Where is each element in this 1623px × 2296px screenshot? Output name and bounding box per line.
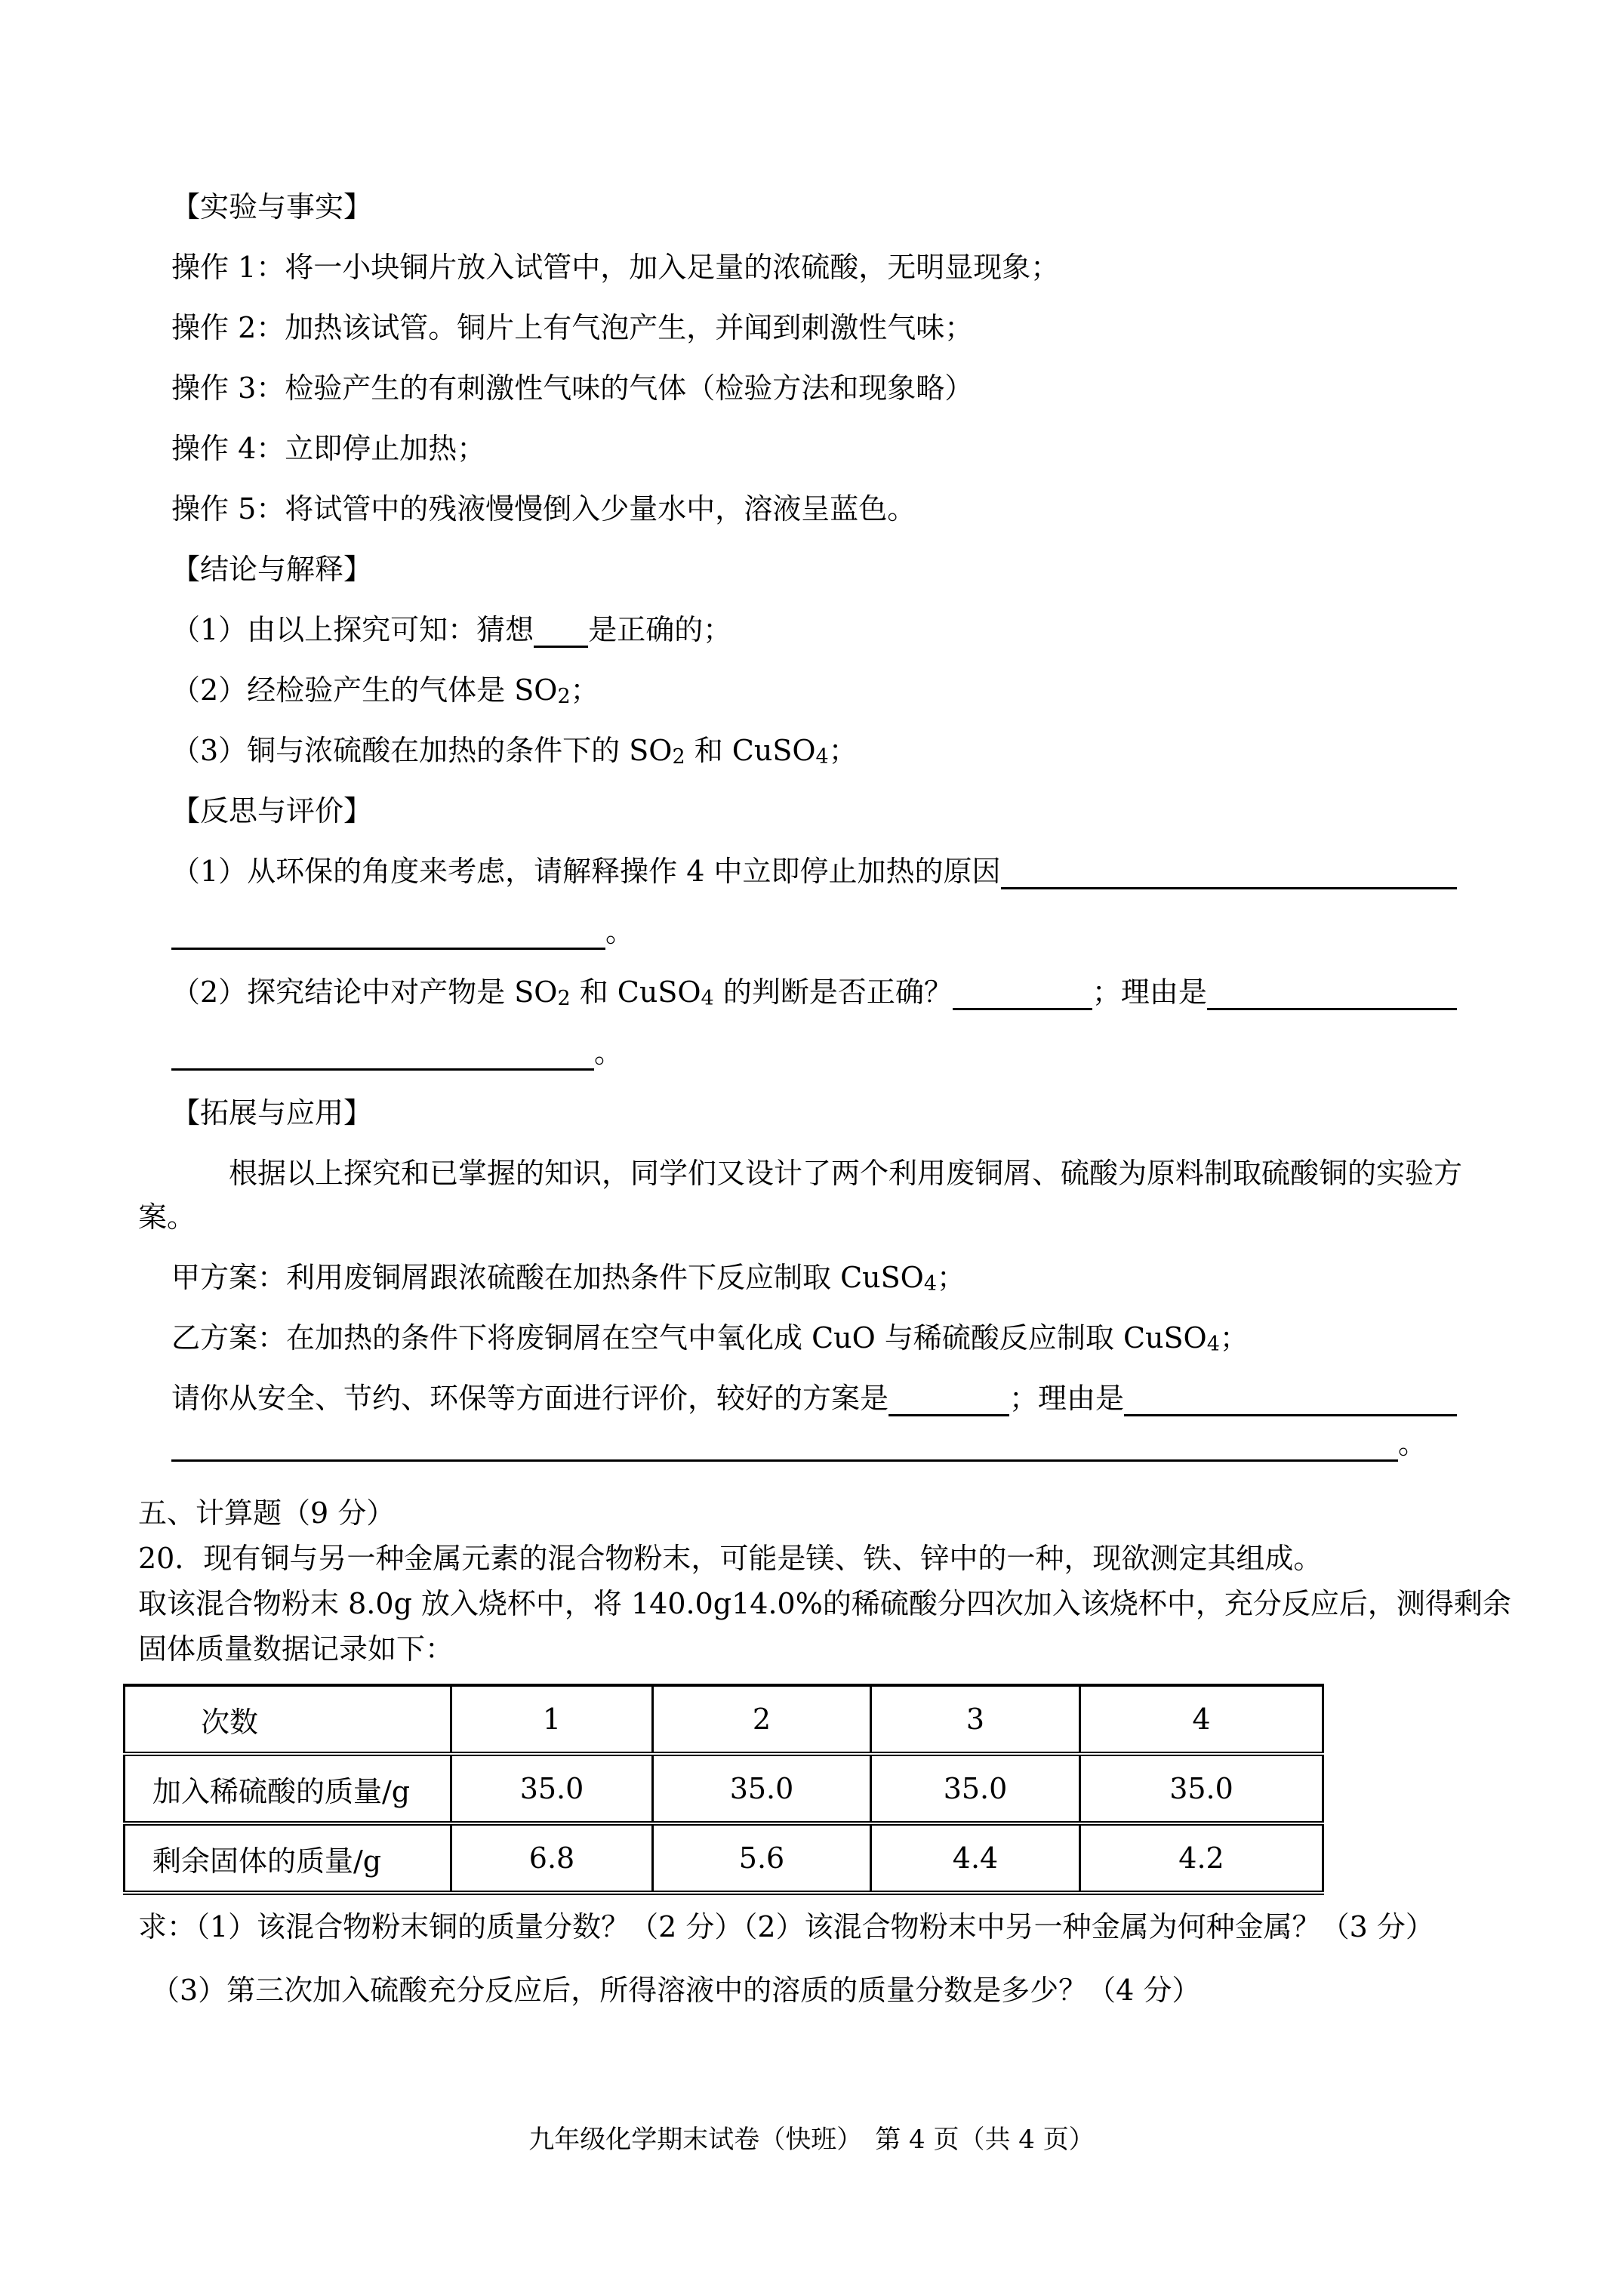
line-q20-table-note: 固体质量数据记录如下： (138, 1631, 1457, 1667)
cell-value: 5.6 (653, 1823, 871, 1893)
table-header-col-2: 2 (653, 1685, 871, 1754)
text-run: （1）由以上探究可知：猜想 (171, 612, 534, 648)
line-reflection-1: （1）从环保的角度来考虑，请解释操作 4 中立即停止加热的原因 (171, 853, 1457, 889)
page-footer: 九年级化学期末试卷（快班） 第 4 页（共 4 页） (0, 2123, 1623, 2156)
subscript: 4 (701, 988, 714, 1010)
cell-value: 35.0 (451, 1754, 653, 1823)
line-q20-intro: 20．现有铜与另一种金属元素的混合物粉末，可能是镁、铁、锌中的一种，现欲测定其组… (138, 1540, 1457, 1576)
line-reflection-2: （2）探究结论中对产物是 SO2 和 CuSO4 的判断是否正确？；理由是 (171, 974, 1457, 1010)
text-run: 是正确的； (588, 612, 731, 648)
table-row-solid-remaining: 剩余固体的质量/g 6.8 5.6 4.4 4.2 (125, 1823, 1323, 1893)
table-row-acid-added: 加入稀硫酸的质量/g 35.0 35.0 35.0 35.0 (125, 1754, 1323, 1823)
answer-blank (1207, 974, 1457, 1010)
text-run: 20．现有铜与另一种金属元素的混合物粉末，可能是镁、铁、锌中的一种，现欲测定其组… (138, 1540, 1322, 1576)
line-head-experiment: 【实验与事实】 (171, 189, 1457, 225)
text-run: 【结论与解释】 (171, 551, 372, 587)
text-run: 【实验与事实】 (171, 189, 372, 225)
table-header-label: 次数 (125, 1685, 451, 1754)
cell-value: 35.0 (653, 1754, 871, 1823)
text-run: （1）从环保的角度来考虑，请解释操作 4 中立即停止加热的原因 (171, 853, 1001, 889)
text-run: ； (937, 1259, 965, 1296)
line-evaluation: 请你从安全、节约、环保等方面进行评价，较好的方案是；理由是 (171, 1380, 1457, 1416)
subscript: 4 (816, 746, 829, 769)
line-reflection-1-cont: 。 (171, 914, 1457, 950)
text-run: （2）经检验产生的气体是 SO (171, 672, 557, 708)
text-run: 根据以上探究和已掌握的知识，同学们又设计了两个利用废铜屑、硫酸为原料制取硫酸铜的… (229, 1155, 1462, 1191)
subscript: 2 (557, 686, 570, 708)
line-q20-ask-1: 求：（1）该混合物粉末铜的质量分数？（2 分）（2）该混合物粉末中另一种金属为何… (138, 1909, 1457, 1945)
line-reflection-2-cont: 。 (171, 1034, 1457, 1071)
text-run: 五、计算题（9 分） (138, 1495, 395, 1531)
line-op-4: 操作 4：立即停止加热； (171, 430, 1457, 467)
line-conclusion-2: （2）经检验产生的气体是 SO2； (171, 672, 1457, 708)
table-header-col-3: 3 (871, 1685, 1080, 1754)
line-op-1: 操作 1：将一小块铜片放入试管中，加入足量的浓硫酸，无明显现象； (171, 249, 1457, 285)
line-extension-intro-cont: 案。 (138, 1199, 1457, 1235)
text-run: 案。 (138, 1199, 196, 1235)
text-run: 。 (605, 914, 634, 950)
line-op-5: 操作 5：将试管中的残液慢慢倒入少量水中，溶液呈蓝色。 (171, 491, 1457, 527)
cell-value: 4.2 (1080, 1823, 1323, 1893)
text-run: ； (571, 672, 599, 708)
text-run: 操作 5：将试管中的残液慢慢倒入少量水中，溶液呈蓝色。 (171, 491, 916, 527)
text-run: ；理由是 (1009, 1380, 1124, 1416)
text-run: 的判断是否正确？ (714, 974, 953, 1010)
text-run: （3）第三次加入硫酸充分反应后，所得溶液中的溶质的质量分数是多少？（4 分） (151, 1972, 1200, 2008)
answer-blank (171, 914, 605, 950)
line-q20-ask-2: （3）第三次加入硫酸充分反应后，所得溶液中的溶质的质量分数是多少？（4 分） (151, 1972, 1457, 2008)
line-head-reflection: 【反思与评价】 (171, 793, 1457, 829)
table-header-col-1: 1 (451, 1685, 653, 1754)
answer-blank (1124, 1380, 1457, 1416)
q20-data-table: 次数 1 2 3 4 加入稀硫酸的质量/g 35.0 35.0 35.0 35.… (123, 1684, 1324, 1895)
answer-blank (171, 1425, 1398, 1462)
text-run: 操作 2：加热该试管。铜片上有气泡产生，并闻到刺激性气味； (171, 310, 973, 346)
text-run: 求：（1）该混合物粉末铜的质量分数？（2 分）（2）该混合物粉末中另一种金属为何… (138, 1909, 1434, 1945)
text-run: 【拓展与应用】 (171, 1095, 372, 1131)
line-op-2: 操作 2：加热该试管。铜片上有气泡产生，并闻到刺激性气味； (171, 310, 1457, 346)
answer-blank (1001, 853, 1457, 889)
line-section-5-title: 五、计算题（9 分） (138, 1495, 1457, 1531)
cell-value: 6.8 (451, 1823, 653, 1893)
table-header-row: 次数 1 2 3 4 (125, 1685, 1323, 1754)
text-run: 操作 3：检验产生的有刺激性气味的气体（检验方法和现象略） (171, 370, 973, 406)
text-run: 固体质量数据记录如下： (138, 1631, 454, 1667)
subscript: 4 (1207, 1333, 1220, 1356)
table-header-col-4: 4 (1080, 1685, 1323, 1754)
line-conclusion-3: （3）铜与浓硫酸在加热的条件下的 SO2 和 CuSO4； (171, 732, 1457, 769)
text-run: 请你从安全、节约、环保等方面进行评价，较好的方案是 (171, 1380, 888, 1416)
row-label: 剩余固体的质量/g (125, 1823, 451, 1893)
subscript: 4 (924, 1273, 937, 1296)
answer-blank (953, 974, 1092, 1010)
text-run: 。 (1398, 1425, 1427, 1462)
line-op-3: 操作 3：检验产生的有刺激性气味的气体（检验方法和现象略） (171, 370, 1457, 406)
line-head-conclusion: 【结论与解释】 (171, 551, 1457, 587)
text-run: 取该混合物粉末 8.0g 放入烧杯中，将 140.0g14.0%的稀硫酸分四次加… (138, 1586, 1511, 1622)
line-evaluation-cont: 。 (171, 1425, 1427, 1462)
line-conclusion-1: （1）由以上探究可知：猜想是正确的； (171, 612, 1457, 648)
text-run: 和 CuSO (685, 732, 816, 769)
text-run: 【反思与评价】 (171, 793, 372, 829)
text-run: ；理由是 (1092, 974, 1207, 1010)
line-plan-jia: 甲方案：利用废铜屑跟浓硫酸在加热条件下反应制取 CuSO4； (171, 1259, 1457, 1296)
text-run: 操作 1：将一小块铜片放入试管中，加入足量的浓硫酸，无明显现象； (171, 249, 1059, 285)
row-label: 加入稀硫酸的质量/g (125, 1754, 451, 1823)
text-run: 和 CuSO (571, 974, 701, 1010)
text-run: ； (829, 732, 858, 769)
cell-value: 35.0 (871, 1754, 1080, 1823)
text-run: 乙方案：在加热的条件下将废铜屑在空气中氧化成 CuO 与稀硫酸反应制取 CuSO (171, 1320, 1207, 1356)
text-run: （3）铜与浓硫酸在加热的条件下的 SO (171, 732, 672, 769)
text-run: ； (1220, 1320, 1249, 1356)
subscript: 2 (672, 746, 685, 769)
line-head-extension: 【拓展与应用】 (171, 1095, 1457, 1131)
text-run: 甲方案：利用废铜屑跟浓硫酸在加热条件下反应制取 CuSO (171, 1259, 924, 1296)
line-q20-data: 取该混合物粉末 8.0g 放入烧杯中，将 140.0g14.0%的稀硫酸分四次加… (138, 1586, 1457, 1622)
cell-value: 4.4 (871, 1823, 1080, 1893)
subscript: 2 (557, 988, 570, 1010)
text-run: 。 (594, 1034, 623, 1071)
text-run: 操作 4：立即停止加热； (171, 430, 485, 467)
text-run: （2）探究结论中对产物是 SO (171, 974, 557, 1010)
answer-blank (171, 1034, 594, 1071)
line-extension-intro: 根据以上探究和已掌握的知识，同学们又设计了两个利用废铜屑、硫酸为原料制取硫酸铜的… (229, 1155, 1457, 1191)
exam-page: 【实验与事实】 操作 1：将一小块铜片放入试管中，加入足量的浓硫酸，无明显现象；… (0, 0, 1623, 2296)
cell-value: 35.0 (1080, 1754, 1323, 1823)
answer-blank (888, 1380, 1009, 1416)
answer-blank (534, 612, 588, 648)
line-plan-yi: 乙方案：在加热的条件下将废铜屑在空气中氧化成 CuO 与稀硫酸反应制取 CuSO… (171, 1320, 1457, 1356)
